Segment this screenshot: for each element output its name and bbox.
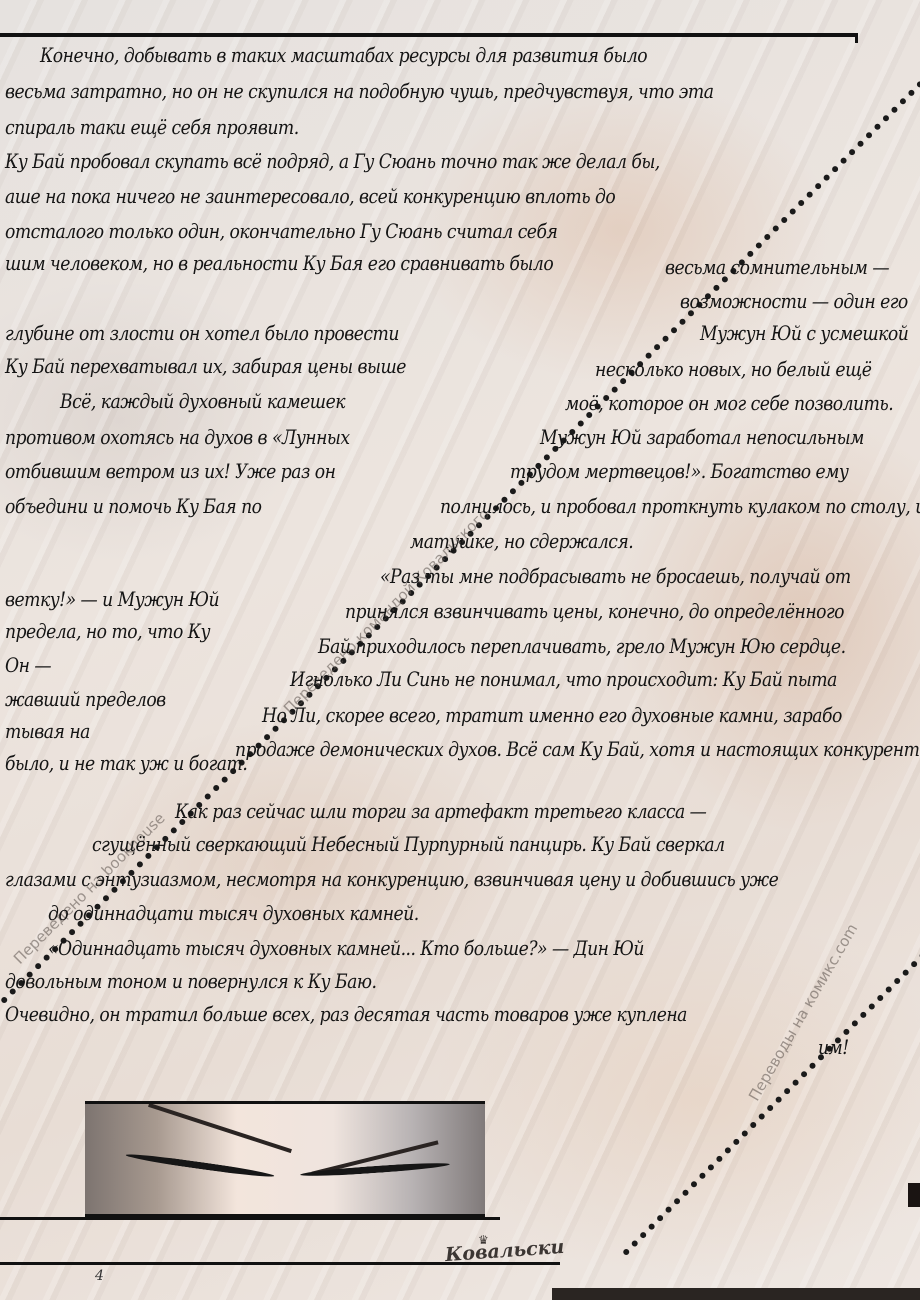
text-line: Как раз сейчас шли торги за артефакт тре… — [175, 796, 706, 828]
text-line: Конечно, добывать в таких масштабах ресу… — [40, 40, 647, 72]
text-line: Всё, каждый духовный камешек — [60, 386, 345, 418]
text-line: Игнолько Ли Синь не понимал, что происхо… — [290, 664, 837, 696]
text-line: было, и не так уж и богат. — [5, 748, 247, 780]
text-line: «Одиннадцать тысяч духовных камней... Кт… — [48, 933, 644, 965]
left-eye — [125, 1152, 275, 1180]
text-line: трудом мертвецов!». Богатство ему — [510, 456, 848, 488]
text-line: Бай приходилось переплачивать, грело Муж… — [318, 631, 846, 663]
translation-text: Конечно, добывать в таких масштабах ресу… — [0, 36, 920, 1096]
text-line: довольным тоном и повернулся к Ку Баю. — [5, 966, 376, 998]
panel-border-bottom — [0, 1217, 500, 1220]
text-line: глубине от злости он хотел было провести — [5, 318, 399, 350]
text-line: им! — [818, 1032, 849, 1064]
left-brow — [148, 1103, 292, 1153]
text-line: глазами с энтузиазмом, несмотря на конку… — [5, 864, 778, 896]
text-line: Но Ли, скорее всего, тратит именно его д… — [262, 700, 842, 732]
text-line: «Раз ты мне подбрасывать не бросаешь, по… — [380, 561, 851, 593]
bottom-strip — [552, 1288, 920, 1300]
text-line: отсталого только один, окончательно Гу С… — [5, 216, 557, 248]
text-line: полнилось, и пробовал проткнуть кулаком … — [440, 491, 920, 523]
text-line: Очевидно, он тратил больше всех, раз дес… — [5, 999, 687, 1031]
text-line: Мужун Юй заработал непосильным — [540, 422, 864, 454]
text-line: аше на пока ничего не заинтересовало, вс… — [5, 181, 615, 213]
text-line: принялся взвинчивать цены, конечно, до о… — [345, 596, 844, 628]
text-line: Он — — [5, 650, 51, 682]
text-line: Ку Бай перехватывал их, забирая цены выш… — [5, 351, 406, 383]
text-line: Ку Бай пробовал скупать всё подряд, а Гу… — [5, 146, 660, 178]
text-line: тывая на — [5, 716, 90, 748]
text-line: спираль таки ещё себя проявит. — [5, 112, 299, 144]
text-line: продаже демонических духов. Всё сам Ку Б… — [235, 734, 920, 766]
text-line: возможности — один его — [680, 286, 908, 318]
text-line: весьма затратно, но он не скупился на по… — [5, 76, 713, 108]
text-line: шим человеком, но в реальности Ку Бая ег… — [5, 248, 553, 280]
text-line: несколько новых, но белый ещё — [595, 354, 871, 386]
text-line: ветку!» — и Мужун Юй — [5, 584, 219, 616]
text-line: жавший пределов — [5, 684, 166, 716]
text-line: Мужун Юй с усмешкой — [700, 318, 908, 350]
manga-page: Переведено командой Ковальского Переведе… — [0, 0, 920, 1300]
text-line: объедини и помочь Ку Бая по — [5, 491, 261, 523]
text-line: весьма сомнительным — — [665, 252, 889, 284]
text-line: моё, которое он мог себе позволить. — [565, 388, 893, 420]
text-line: предела, но то, что Ку — [5, 616, 210, 648]
page-number: 4 — [95, 1268, 104, 1284]
text-line: сгущённый сверкающий Небесный Пурпурный … — [92, 829, 725, 861]
text-line: матушке, но сдержался. — [410, 526, 633, 558]
text-line: до одиннадцати тысяч духовных камней. — [48, 898, 419, 930]
text-line: отбившим ветром из их! Уже раз он — [5, 456, 335, 488]
panel-corner-right — [908, 1183, 920, 1207]
text-line: противом охотясь на духов в «Лунных — [5, 422, 350, 454]
eye-closeup-panel — [85, 1101, 485, 1217]
